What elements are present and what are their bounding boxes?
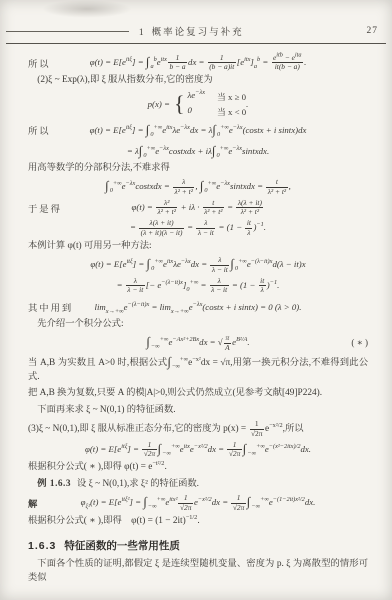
cases-grid: λe−λx当 x ≥ 00当 x < 0: [188, 90, 247, 118]
text-line: 根据积分公式( ∗ ),即得 φ(t) = (1 − 2it)−1/2.: [28, 515, 368, 529]
formula: = λ(λ + it)(λ + it)(λ − it) = λλ − it = …: [130, 219, 266, 237]
formula-line: ∫−∞+∞e−Ax²+2Bxdx = √πAeB²/A.( ∗ ): [28, 334, 368, 352]
integral-sign: ∫: [146, 334, 150, 349]
text-line: 本例计算 φ(t) 可用另一种方法:: [28, 240, 368, 254]
integral-sign: ∫: [247, 494, 251, 509]
formula: limx→+∞e−(λ−it)x = limx→+∞e−λx(costx + i…: [95, 302, 302, 312]
text: 根据积分公式( ∗ ),即得 φ(t) = (1 − 2it)−1/2.: [28, 516, 200, 526]
example-label: 例 1.6.3: [37, 479, 71, 489]
section-number: 1.6.3: [28, 540, 56, 552]
text-line: (3)ξ ~ N(0,1),即 ξ 服从标准正态分布,它的密度为 p(x) = …: [28, 420, 368, 438]
text: 本例计算 φ(t) 可用另一种方法:: [28, 241, 152, 251]
formula-line: 解φξ²(t) = E[eitξ²] = ∫−∞+∞eitx²1√2πe−x²/…: [28, 494, 368, 512]
text: (3)ξ ~ N(0,1),即 ξ 服从标准正态分布,它的密度为 p(x) = …: [28, 424, 304, 434]
page-body: 所以φ(t) = E[eitξ] = ∫abeitx1b − adx = 1(b…: [0, 44, 392, 586]
formula-label: 其中用到: [28, 300, 73, 314]
integral-sign: ∫: [230, 256, 234, 271]
text-line: 先介绍一个积分公式:: [28, 318, 368, 332]
formula-line: ∫0+∞e−λxcostxdx = λλ² + t², ∫0+∞e−λxsint…: [28, 178, 368, 196]
integral-sign: ∫: [147, 256, 151, 271]
integral-sign: ∫: [200, 178, 204, 193]
formula-label: 所以: [28, 56, 51, 70]
integral-sign: ∫: [139, 143, 143, 158]
section-title: 特征函数的一些常用性质: [64, 540, 180, 552]
running-head: 1概率论复习与补充: [139, 24, 244, 38]
page-header: 1概率论复习与补充 27: [6, 24, 386, 44]
header-rule-left: [6, 31, 129, 32]
text-line: 下面再来求 ξ ~ N(0,1) 的特征函数.: [28, 404, 368, 418]
chapter-number: 1: [139, 28, 146, 38]
case-value: 0: [188, 105, 206, 118]
cases-end: .: [246, 99, 248, 109]
case-condition: 当 x ≥ 0: [217, 90, 246, 103]
formula: φ(t) = E[eitξ] = 1√2π∫−∞+∞eitxe−x²/2dx =…: [85, 441, 311, 459]
text: 用高等数学的分部积分法,不难求得: [28, 163, 170, 173]
formula-line: 所以φ(t) = E[eitξ] = ∫abeitx1b − adx = 1(b…: [28, 54, 368, 72]
formula-line: φ(t) = E[eitξ] = ∫0+∞eitxλe−λxdx = λλ − …: [28, 256, 368, 274]
formula: φξ²(t) = E[eitξ²] = ∫−∞+∞eitx²1√2πe−x²/2…: [81, 494, 316, 512]
case-value: λe−λx: [188, 90, 206, 103]
formula: = λλ − it[− e−(λ−it)x]0+∞ = λλ − it = (1…: [117, 277, 280, 295]
piecewise-formula: p(x) = {λe−λx当 x ≥ 00当 x < 0.: [28, 90, 368, 118]
formula: φ(t) = λ²λ² + t² + iλ · tλ² + t² = λ(λ +…: [132, 199, 265, 217]
formula: = λ∫0+∞e−λxcostxdx + iλ∫0+∞e−λxsintxdx.: [127, 144, 269, 157]
text: 先介绍一个积分公式:: [37, 319, 123, 329]
integral-sign: ∫: [212, 143, 216, 158]
formula-line: = λ(λ + it)(λ + it)(λ − it) = λλ − it = …: [28, 219, 368, 237]
integral-sign: ∫: [146, 54, 150, 69]
integral-sign: ∫: [105, 178, 109, 193]
text-line: (2)ξ ~ Exp(λ),即 ξ 服从指数分布,它的密度为: [28, 74, 368, 88]
formula: φ(t) = E[eitξ] = ∫0+∞eitxλe−λxdx = λλ − …: [90, 256, 305, 274]
formula-label: 所以: [28, 123, 51, 137]
section-heading: 1.6.3特征函数的一些常用性质: [28, 538, 368, 553]
formula-line: 其中用到limx→+∞e−(λ−it)x = limx→+∞e−λx(costx…: [28, 298, 368, 316]
text: 把 A,B 换为复数,只要 A 的模|A|>0,则公式仍然成立(见参考文献[49…: [28, 388, 322, 398]
integral-sign: ∫: [212, 122, 216, 137]
formula-label: 解: [28, 496, 41, 510]
formula: φ(t) = E[eitξ] = ∫abeitx1b − adx = 1(b −…: [90, 54, 307, 72]
formula-line: 所以φ(t) = E[eitξ] = ∫0+∞eitxλe−λxdx = λ∫0…: [28, 121, 368, 139]
text-line: 用高等数学的分部积分法,不难求得: [28, 162, 368, 176]
formula: ∫0+∞e−λxcostxdx = λλ² + t², ∫0+∞e−λxsint…: [105, 178, 291, 196]
text-line: 当 A,B 为实数且 A>0 时,根据公式∫−∞+∞e−x²dx = √π,用第…: [28, 355, 368, 385]
case-condition: 当 x < 0: [217, 105, 246, 118]
formula-line: = λ∫0+∞e−λxcostxdx + iλ∫0+∞e−λxsintxdx.: [28, 141, 368, 159]
formula-line: φ(t) = E[eitξ] = 1√2π∫−∞+∞eitxe−x²/2dx =…: [28, 441, 368, 459]
integral-sign: ∫: [167, 354, 171, 369]
integral-sign: ∫: [146, 122, 150, 137]
integral-sign: ∫: [243, 441, 247, 456]
text-line: 例 1.6.3设 ξ ~ N(0,1),求 ξ² 的特征函数.: [28, 478, 368, 492]
text-line: 下面各个性质的证明,都假定 ξ 是连续型随机变量、密度为 p. ξ 为离散型的情…: [28, 558, 368, 586]
page-number: 27: [367, 26, 379, 36]
formula-line: = λλ − it[− e−(λ−it)x]0+∞ = λλ − it = (1…: [28, 277, 368, 295]
text: 下面各个性质的证明,都假定 ξ 是连续型随机变量、密度为 p. ξ 为离散型的情…: [28, 559, 368, 583]
brace: {: [174, 93, 185, 115]
text: 根据积分公式( ∗ ),即得 φ(t) = e−t²/2.: [28, 462, 167, 472]
cases-lhs: p(x) =: [148, 99, 170, 109]
formula: ∫−∞+∞e−Ax²+2Bxdx = √πAeB²/A.: [146, 334, 249, 352]
scanned-page: 1概率论复习与补充 27 所以φ(t) = E[eitξ] = ∫abeitx1…: [0, 0, 392, 600]
integral-sign: ∫: [143, 494, 147, 509]
text: 下面再来求 ξ ~ N(0,1) 的特征函数.: [37, 405, 175, 415]
formula-line: 于是得φ(t) = λ²λ² + t² + iλ · tλ² + t² = λ(…: [28, 199, 368, 217]
text: 当 A,B 为实数且 A>0 时,根据公式∫−∞+∞e−x²dx = √π,用第…: [28, 358, 368, 382]
text-line: 把 A,B 换为复数,只要 A 的模|A|>0,则公式仍然成立(见参考文献[49…: [28, 387, 368, 401]
formula: φ(t) = E[eitξ] = ∫0+∞eitxλe−λxdx = λ∫0+∞…: [90, 123, 307, 136]
chapter-title: 概率论复习与补充: [152, 28, 244, 38]
equation-tag: ( ∗ ): [351, 338, 368, 349]
text: 设 ξ ~ N(0,1),求 ξ² 的特征函数.: [77, 479, 199, 489]
formula-label: 于是得: [28, 201, 62, 215]
text: (2)ξ ~ Exp(λ),即 ξ 服从指数分布,它的密度为: [37, 75, 212, 85]
integral-sign: ∫: [158, 441, 162, 456]
text-line: 根据积分公式( ∗ ),即得 φ(t) = e−t²/2.: [28, 461, 368, 475]
